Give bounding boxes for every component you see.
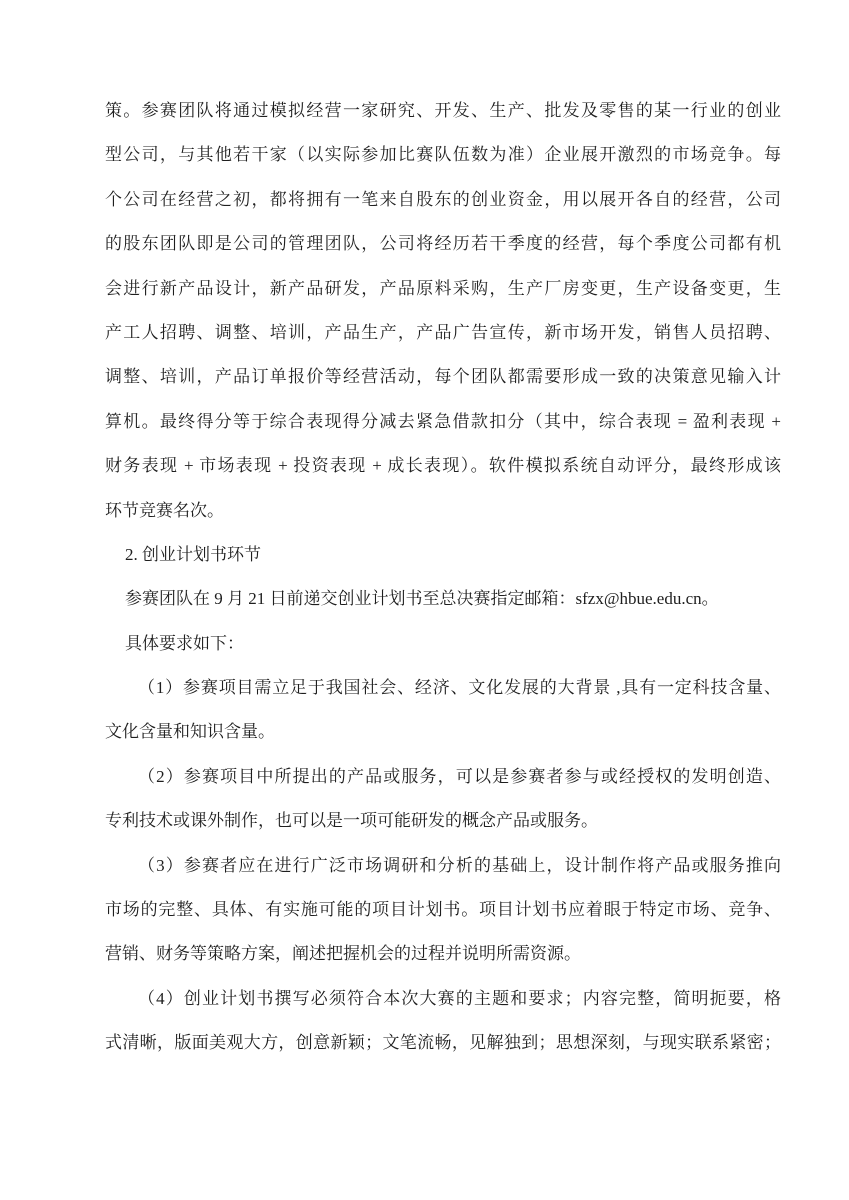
document-line: 专利技术或课外制作，也可以是一项可能研发的概念产品或服务。 — [105, 799, 781, 843]
section-heading: 2. 创业计划书环节 — [105, 533, 781, 577]
document-line: 策。参赛团队将通过模拟经营一家研究、开发、生产、批发及零售的某一行业的创业 — [105, 89, 781, 133]
document-line: 算机。最终得分等于综合表现得分减去紧急借款扣分（其中，综合表现 = 盈利表现 + — [105, 400, 781, 444]
document-page: 策。参赛团队将通过模拟经营一家研究、开发、生产、批发及零售的某一行业的创业 型公… — [0, 0, 849, 1200]
document-line: （3）参赛者应在进行广泛市场调研和分析的基础上，设计制作将产品或服务推向 — [105, 844, 781, 888]
document-text-block: 策。参赛团队将通过模拟经营一家研究、开发、生产、批发及零售的某一行业的创业 型公… — [105, 89, 781, 1066]
document-line: 产工人招聘、调整、培训，产品生产，产品广告宣传，新市场开发，销售人员招聘、 — [105, 311, 781, 355]
document-line: 调整、培训，产品订单报价等经营活动，每个团队都需要形成一致的决策意见输入计 — [105, 355, 781, 399]
document-line: 型公司，与其他若干家（以实际参加比赛队伍数为准）企业展开激烈的市场竞争。每 — [105, 133, 781, 177]
document-line: 市场的完整、具体、有实施可能的项目计划书。项目计划书应着眼于特定市场、竞争、 — [105, 888, 781, 932]
document-line: 具体要求如下： — [105, 622, 781, 666]
document-line: 文化含量和知识含量。 — [105, 710, 781, 754]
document-line: 式清晰，版面美观大方，创意新颖；文笔流畅，见解独到；思想深刻，与现实联系紧密； — [105, 1021, 781, 1065]
document-line: 环节竞赛名次。 — [105, 489, 781, 533]
document-line: （1）参赛项目需立足于我国社会、经济、文化发展的大背景 ,具有一定科技含量、 — [105, 666, 781, 710]
document-line: 营销、财务等策略方案，阐述把握机会的过程并说明所需资源。 — [105, 932, 781, 976]
document-line: 个公司在经营之初，都将拥有一笔来自股东的创业资金，用以展开各自的经营，公司 — [105, 178, 781, 222]
document-line: 会进行新产品设计，新产品研发，产品原料采购，生产厂房变更，生产设备变更，生 — [105, 267, 781, 311]
document-line: （2）参赛项目中所提出的产品或服务，可以是参赛者参与或经授权的发明创造、 — [105, 755, 781, 799]
document-line: 财务表现 + 市场表现 + 投资表现 + 成长表现）。软件模拟系统自动评分，最终… — [105, 444, 781, 488]
document-line: 的股东团队即是公司的管理团队，公司将经历若干季度的经营，每个季度公司都有机 — [105, 222, 781, 266]
document-line-email: 参赛团队在 9 月 21 日前递交创业计划书至总决赛指定邮箱：sfzx@hbue… — [105, 577, 781, 621]
document-line: （4）创业计划书撰写必须符合本次大赛的主题和要求；内容完整，简明扼要，格 — [105, 977, 781, 1021]
